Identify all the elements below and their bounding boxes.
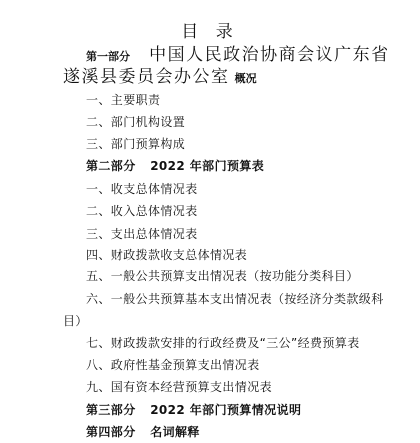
toc-item-continuation[interactable]: 目） [63,315,88,327]
toc-item[interactable]: 六、一般公共预算基本支出情况表（按经济分类款级科 [86,293,384,305]
part1-suffix: 概况 [235,72,257,85]
part1-title-line1: 中国人民政治协商会议广东省 [149,45,390,65]
page-title: 目 录 [0,24,420,41]
part1-label: 第一部分 [86,50,130,63]
toc-item[interactable]: 二、部门机构设置 [86,116,185,128]
part3-label: 第三部分 [86,403,136,417]
toc-item[interactable]: 七、财政拨款安排的行政经费及“三公”经费预算表 [86,337,360,349]
toc-item[interactable]: 二、收入总体情况表 [86,205,198,217]
part4-label: 第四部分 [86,425,136,439]
toc-item[interactable]: 三、部门预算构成 [86,138,185,150]
part3-title: 2022 年部门预算情况说明 [150,403,301,417]
part1-title-line2: 遂溪县委员会办公室 [63,67,230,87]
part2-label: 第二部分 [86,159,136,173]
toc-item[interactable]: 九、国有资本经营预算支出情况表 [86,381,272,393]
part2-title: 2022 年部门预算表 [150,159,264,173]
toc-item[interactable]: 一、收支总体情况表 [86,183,198,195]
toc-item[interactable]: 三、支出总体情况表 [86,228,198,240]
part3-heading[interactable]: 第三部分 2022 年部门预算情况说明 [86,404,301,416]
toc-item[interactable]: 一、主要职责 [86,94,160,106]
toc-item[interactable]: 五、一般公共预算支出情况表（按功能分类科目） [86,270,359,282]
part1-heading: 第一部分 中国人民政治协商会议广东省 [86,47,390,64]
part4-title: 名词解释 [150,425,200,439]
part2-heading[interactable]: 第二部分 2022 年部门预算表 [86,160,264,172]
part1-heading-cont: 遂溪县委员会办公室 概况 [63,69,257,86]
toc-item[interactable]: 八、政府性基金预算支出情况表 [86,359,260,371]
part4-heading[interactable]: 第四部分 名词解释 [86,426,200,438]
toc-item[interactable]: 四、财政拨款收支总体情况表 [86,249,247,261]
